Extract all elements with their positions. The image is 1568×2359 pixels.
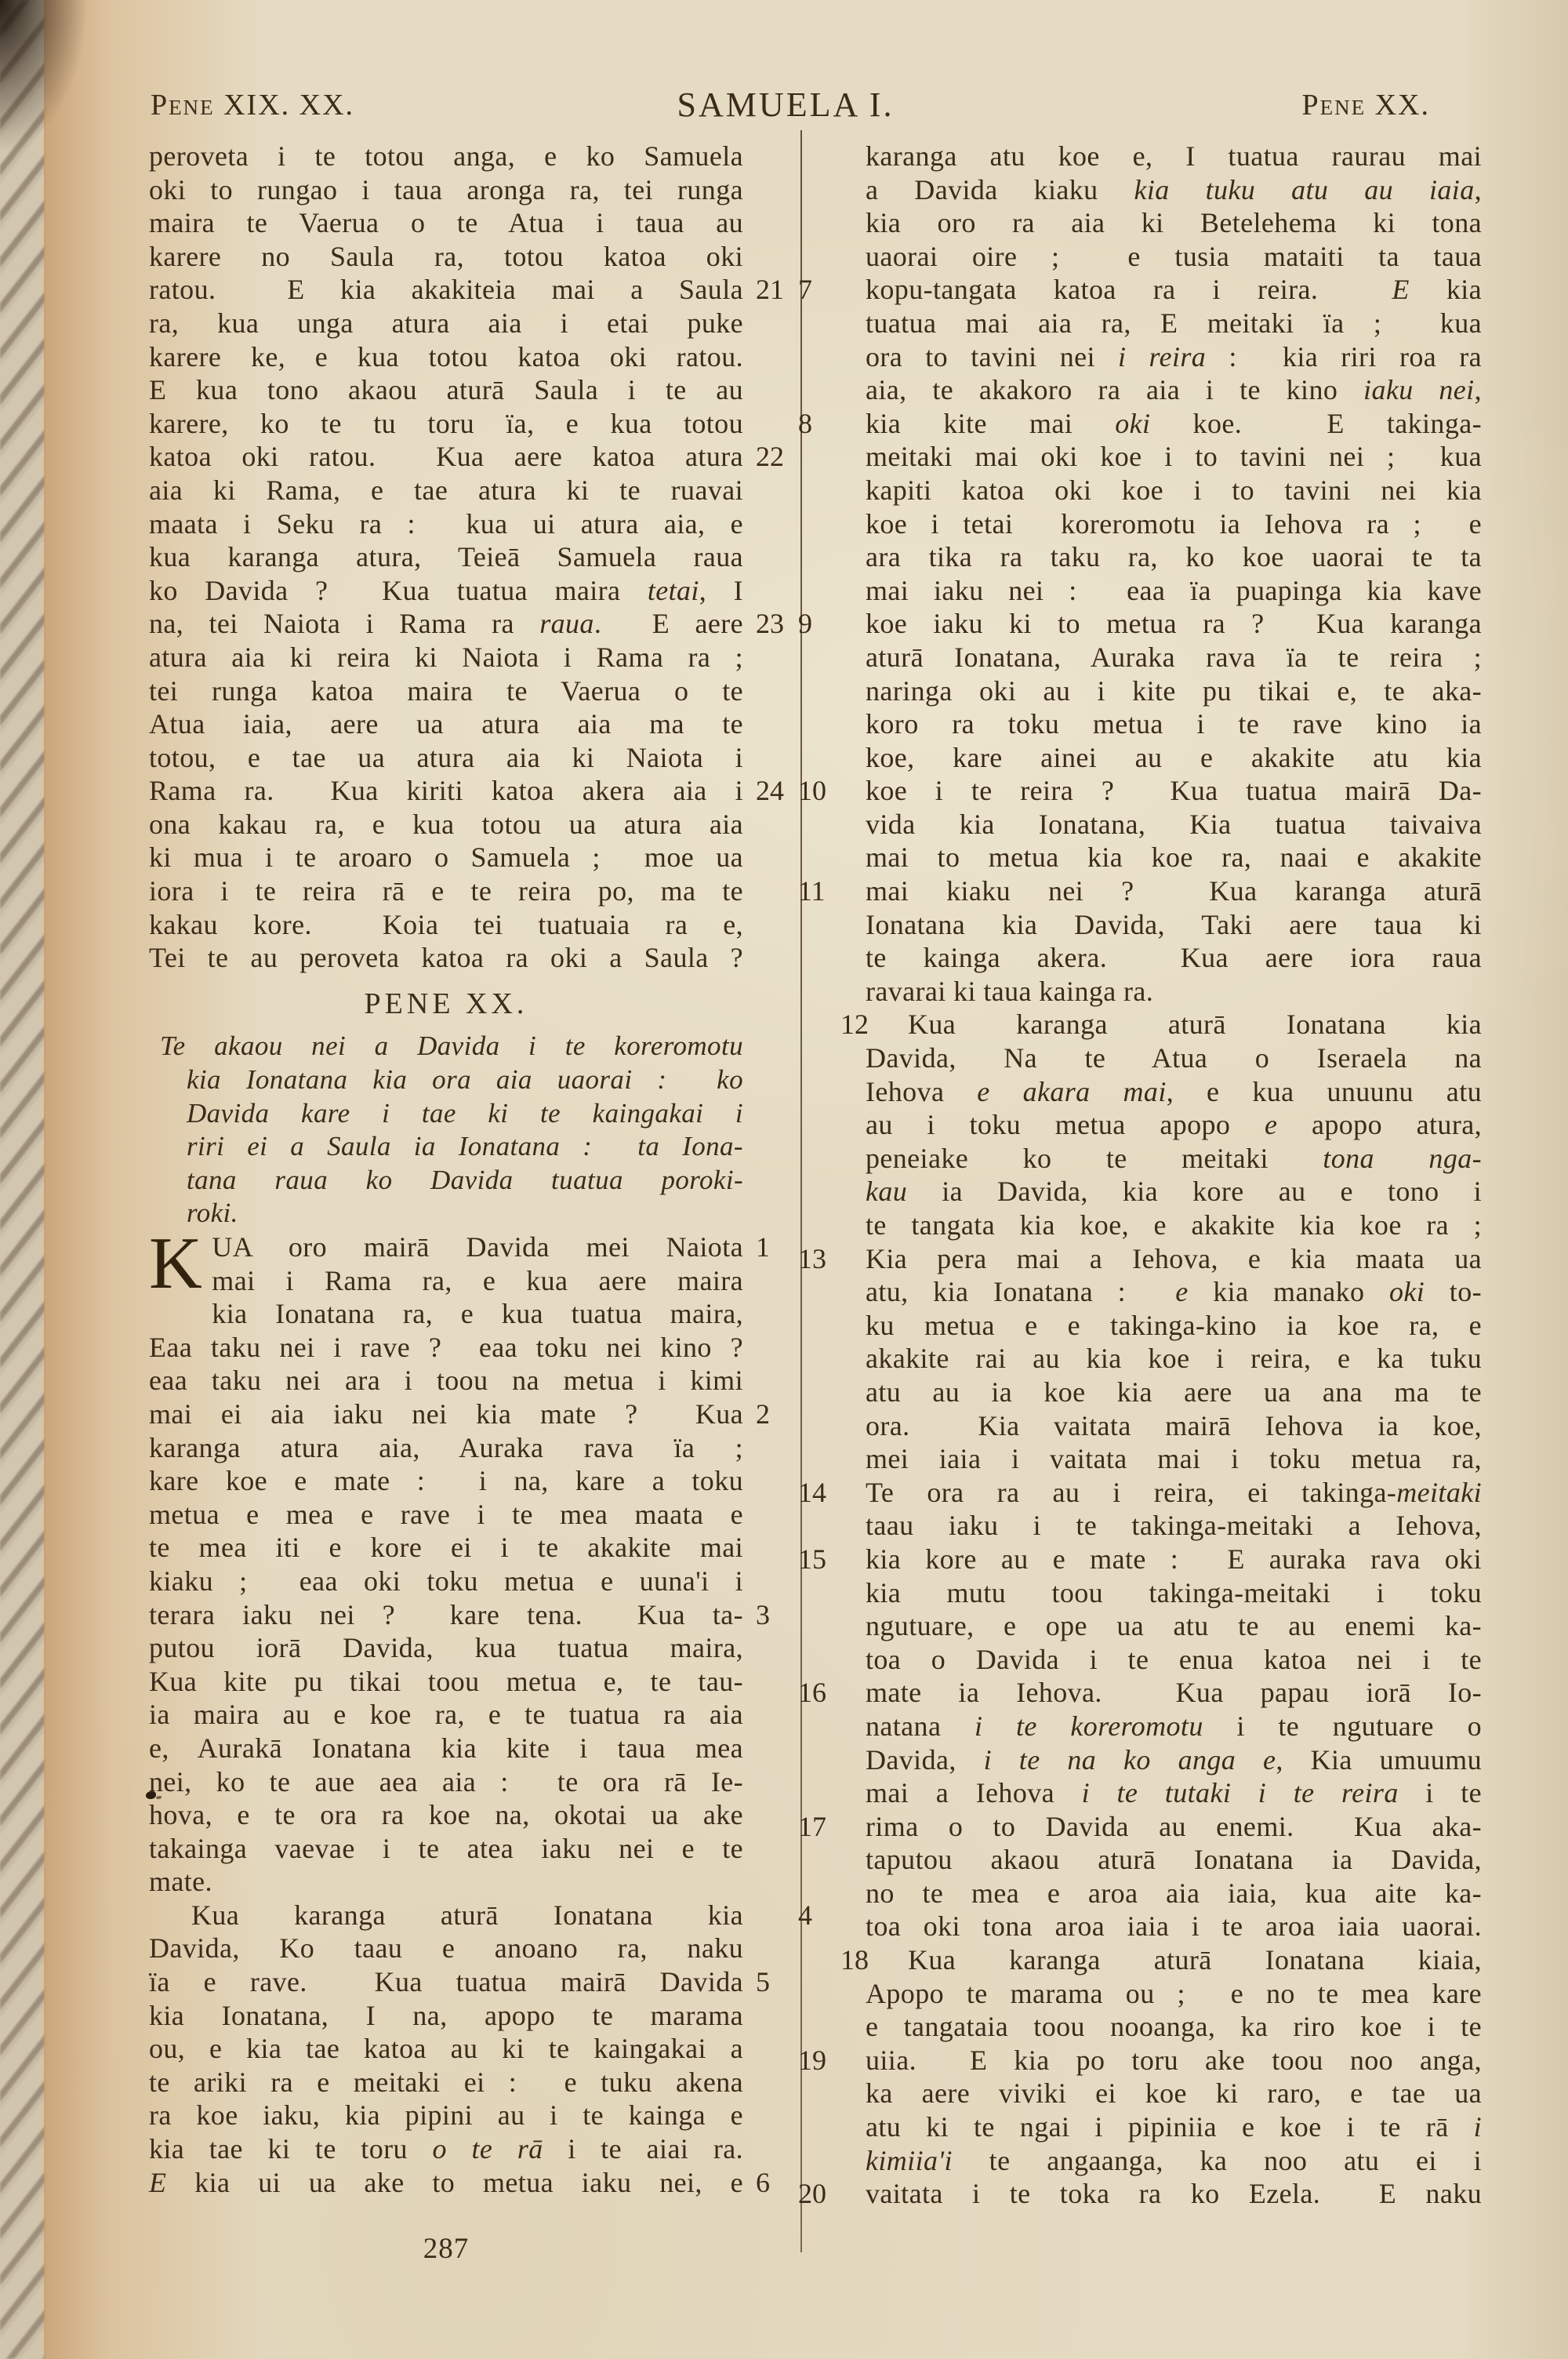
text-line: tei runga katoa maira te Vaerua o te bbox=[149, 674, 743, 708]
text-line: oki to rungao i taua aronga ra, tei rung… bbox=[149, 173, 743, 207]
text-line: taau iaku i te takinga-meitaki a Iehova, bbox=[866, 1509, 1482, 1543]
text-line: vida kia Ionatana, Kia tuatua taivaiva bbox=[866, 808, 1482, 841]
text-line: Kua karanga aturā Ionatana kia12 bbox=[866, 1008, 1482, 1041]
verse-number: 3 bbox=[756, 1598, 770, 1632]
text-line: Kua karanga aturā Ionatana kia4 bbox=[149, 1899, 743, 1932]
text-line: terara iaku nei ? kare tena. Kua ta-3 bbox=[149, 1598, 743, 1632]
text-line: toa oki tona aroa iaia i te aroa iaia ua… bbox=[866, 1910, 1482, 1943]
text-line: Ionatana kia Davida, Taki aere taua ki bbox=[866, 908, 1482, 942]
left-column: peroveta i te totou anga, e ko Samuelaok… bbox=[149, 140, 743, 2199]
text-line: atura aia ki reira ki Naiota i Rama ra ; bbox=[149, 641, 743, 674]
verse-number: 13 bbox=[798, 1242, 853, 1276]
text-line: Davida, Na te Atua o Iseraela na bbox=[866, 1041, 1482, 1075]
text-line: uaorai oire ; e tusia mataiti ta taua bbox=[866, 240, 1482, 274]
text-line: kua karanga atura, Teieā Samuela raua bbox=[149, 540, 743, 574]
text-line: natana i te koreromotu i te ngutuare o bbox=[866, 1710, 1482, 1743]
text-line: tana raua ko Davida tuatua poroki- bbox=[187, 1164, 743, 1198]
text-line: roki. bbox=[187, 1197, 743, 1230]
text-line: mai kiaku nei ? Kua karanga aturā11 bbox=[866, 874, 1482, 908]
text-line: kia Ionatana kia ora aia uaorai : ko bbox=[187, 1063, 743, 1097]
verse-number: 23 bbox=[756, 607, 784, 641]
verse-number: 18 bbox=[798, 1943, 853, 1977]
text-line: Davida, i te na ko anga e, Kia umuumu bbox=[866, 1743, 1482, 1777]
text-line: taputou akaou aturā Ionatana ia Davida, bbox=[866, 1843, 1482, 1877]
text-line: mate ia Iehova. Kua papau iorā Io-16 bbox=[866, 1676, 1482, 1710]
text-line: koe i te reira ? Kua tuatua mairā Da-10 bbox=[866, 774, 1482, 808]
running-head-left: Pene XIX. XX. bbox=[151, 88, 354, 122]
text-line: aia, te akakoro ra aia i te kino iaku ne… bbox=[866, 373, 1482, 407]
verse-number: 11 bbox=[798, 874, 853, 908]
text-line: atu, kia Ionatana : e kia manako oki to- bbox=[866, 1275, 1482, 1309]
text-line: mai a Iehova i te tutaki i te reira i te bbox=[866, 1776, 1482, 1810]
text-line: ïa e rave. Kua tuatua mairā Davida5 bbox=[149, 1965, 743, 1999]
verse-number: 21 bbox=[756, 273, 784, 307]
text-line: ko Davida ? Kua tuatua maira tetai, I bbox=[149, 574, 743, 608]
text-line: kimiia'i te angaanga, ka noo atu ei i bbox=[866, 2144, 1482, 2178]
text-line: maata i Seku ra : kua ui atura aia, e bbox=[149, 507, 743, 541]
text-line: kia Ionatana, I na, apopo te marama bbox=[149, 1999, 743, 2033]
verse-number: 2 bbox=[756, 1398, 770, 1431]
chapter-heading: PENE XX. bbox=[149, 987, 743, 1021]
verse-number: 9 bbox=[798, 607, 853, 641]
text-line: ora to tavini nei i reira : kia riri roa… bbox=[866, 340, 1482, 374]
text-line: kopu-tangata katoa ra i reira. E kia7 bbox=[866, 273, 1482, 307]
running-head-right: Pene XX. bbox=[1301, 88, 1430, 122]
text-line: karere ke, e kua totou katoa oki ratou. bbox=[149, 340, 743, 374]
text-line: kia Ionatana ra, e kua tuatua maira, bbox=[149, 1297, 743, 1331]
verse-number: 4 bbox=[756, 1899, 812, 1932]
text-line: no te mea e aroa aia iaia, kua aite ka- bbox=[866, 1877, 1482, 1910]
text-line: vaitata i te toka ra ko Ezela. E naku20 bbox=[866, 2177, 1482, 2211]
text-line: ka aere viviki ei koe ki raro, e tae ua bbox=[866, 2077, 1482, 2110]
text-line: te ariki ra e meitaki ei : e tuku akena bbox=[149, 2066, 743, 2099]
facing-page-text-fragments bbox=[0, 0, 45, 2359]
text-line: Tei te au peroveta katoa ra oki a Saula … bbox=[149, 941, 743, 975]
text-line: koe i tetai koreromotu ia Iehova ra ; e bbox=[866, 507, 1482, 541]
verse-number: 17 bbox=[798, 1810, 853, 1844]
verse-number: 8 bbox=[798, 407, 853, 441]
text-line: peroveta i te totou anga, e ko Samuela bbox=[149, 140, 743, 173]
text-line: koe iaku ki to metua ra ? Kua karanga9 bbox=[866, 607, 1482, 641]
text-line: te tangata kia koe, e akakite kia koe ra… bbox=[866, 1209, 1482, 1242]
text-line: karere no Saula ra, totou katoa oki bbox=[149, 240, 743, 274]
text-line: karanga atura aia, Auraka rava ïa ; bbox=[149, 1431, 743, 1465]
text-line: ngutuare, e ope ua atu te au enemi ka- bbox=[866, 1609, 1482, 1643]
text-line: mai to metua kia koe ra, naai e akakite bbox=[866, 841, 1482, 874]
text-line: karanga atu koe e, I tuatua raurau mai bbox=[866, 140, 1482, 173]
text-line: Te ora ra au i reira, ei takinga-meitaki… bbox=[866, 1476, 1482, 1510]
text-line: iora i te reira rā e te reira po, ma te bbox=[149, 874, 743, 908]
text-line: Rama ra. Kua kiriti katoa akera aia i24 bbox=[149, 774, 743, 808]
text-line: uiia. E kia po toru ake toou noo anga,19 bbox=[866, 2044, 1482, 2077]
text-line: kakau kore. Koia tei tuatuaia ra e, bbox=[149, 908, 743, 942]
verse-number: 22 bbox=[756, 440, 784, 474]
text-line: katoa oki ratou. Kua aere katoa atura22 bbox=[149, 440, 743, 474]
text-line: Kua karanga aturā Ionatana kiaia,18 bbox=[866, 1943, 1482, 1977]
text-line: koe, kare ainei au e akakite atu kia bbox=[866, 741, 1482, 775]
verse-number: 10 bbox=[798, 774, 853, 808]
text-line: e, Aurakā Ionatana kia kite i taua mea bbox=[149, 1732, 743, 1765]
text-line: Atua iaia, aere ua atura aia ma te bbox=[149, 707, 743, 741]
text-line: kapiti katoa oki koe i to tavini nei kia bbox=[866, 474, 1482, 507]
text-line: mai ei aia iaku nei kia mate ? Kua2 bbox=[149, 1398, 743, 1431]
text-line: rima o to Davida au enemi. Kua aka-17 bbox=[866, 1810, 1482, 1844]
text-line: te mea iti e kore ei i te akakite mai bbox=[149, 1531, 743, 1565]
verse-number: 5 bbox=[756, 1965, 770, 1999]
text-line: mai iaku nei : eaa ïa puapinga kia kave bbox=[866, 574, 1482, 608]
text-line: e tangataia toou nooanga, ka riro koe i … bbox=[866, 2010, 1482, 2044]
text-line: kia tae ki te toru o te rā i te aiai ra. bbox=[149, 2132, 743, 2166]
text-line: Apopo te marama ou ; e no te mea kare bbox=[866, 1977, 1482, 2011]
book-page-scan: Pene XIX. XX. SAMUELA I. Pene XX. perove… bbox=[0, 0, 1568, 2359]
column-divider-rule bbox=[800, 130, 802, 2252]
verse-number: 14 bbox=[798, 1476, 853, 1510]
facing-page-edge bbox=[0, 0, 45, 2359]
text-line: a Davida kiaku kia tuku atu au iaia, bbox=[866, 173, 1482, 207]
text-line: koro ra toku metua i te rave kino ia bbox=[866, 707, 1482, 741]
text-line: ratou. E kia akakiteia mai a Saula21 bbox=[149, 273, 743, 307]
text-line: ou, e kia tae katoa au ki te kaingakai a bbox=[149, 2032, 743, 2066]
text-line: atu ki te ngai i pipiniia e koe i te rā … bbox=[866, 2110, 1482, 2144]
text-line: Te akaou nei a Davida i te koreromotu bbox=[160, 1030, 743, 1063]
verse-number: 1 bbox=[756, 1230, 770, 1264]
text-line: putou iorā Davida, kua tuatua maira, bbox=[149, 1631, 743, 1665]
verse-number: 20 bbox=[798, 2177, 853, 2211]
right-column: karanga atu koe e, I tuatua raurau maia … bbox=[866, 140, 1482, 2211]
text-line: te kainga akera. Kua aere iora raua bbox=[866, 941, 1482, 975]
text-line: Kia pera mai a Iehova, e kia maata ua13 bbox=[866, 1242, 1482, 1276]
text-line: meitaki mai oki koe i to tavini nei ; ku… bbox=[866, 440, 1482, 474]
text-line: peneiake ko te meitaki tona nga- bbox=[866, 1142, 1482, 1176]
text-line: takainga vaevae i te atea iaku nei e te bbox=[149, 1832, 743, 1866]
verse-number: 6 bbox=[756, 2166, 770, 2200]
verse-number: 16 bbox=[798, 1676, 853, 1710]
text-line: kiaku ; eaa oki toku metua e uuna'i i bbox=[149, 1565, 743, 1598]
text-line: ara tika ra taku ra, ko koe uaorai te ta bbox=[866, 540, 1482, 574]
text-line: kia mutu toou takinga-meitaki i toku bbox=[866, 1576, 1482, 1610]
text-line: Kua kite pu tikai toou metua e, te tau- bbox=[149, 1665, 743, 1699]
text-line: ku metua e e takinga-kino ia koe ra, e bbox=[866, 1309, 1482, 1343]
verse-number: 12 bbox=[798, 1008, 853, 1041]
text-line: metua e mea e rave i te mea maata e bbox=[149, 1498, 743, 1532]
text-line: E kia ui ua ake to metua iaku nei, e6 bbox=[149, 2166, 743, 2200]
text-line: maira te Vaerua o te Atua i taua au bbox=[149, 206, 743, 240]
text-line: aturā Ionatana, Auraka rava ïa te reira … bbox=[866, 641, 1482, 674]
text-line: Davida kare i tae ki te kaingakai i bbox=[187, 1097, 743, 1131]
text-line: E kua tono akaou aturā Saula i te au bbox=[149, 373, 743, 407]
text-line: akakite rai au kia koe i reira, e ka tuk… bbox=[866, 1342, 1482, 1376]
running-head-title: SAMUELA I. bbox=[677, 85, 895, 125]
text-line: ora. Kia vaitata mairā Iehova ia koe, bbox=[866, 1409, 1482, 1443]
text-line: atu au ia koe kia aere ua ana ma te bbox=[866, 1376, 1482, 1409]
text-line: toa o Davida i te enua katoa nei i te bbox=[866, 1643, 1482, 1677]
text-line: ravarai ki taua kainga ra. bbox=[866, 975, 1482, 1009]
chapter-19-text-block: peroveta i te totou anga, e ko Samuelaok… bbox=[149, 140, 743, 975]
text-line: kia oro ra aia ki Betelehema ki tona bbox=[866, 206, 1482, 240]
text-line: mate. bbox=[149, 1865, 743, 1899]
text-line: karere, ko te tu toru ïa, e kua totou bbox=[149, 407, 743, 441]
right-column-text-block: karanga atu koe e, I tuatua raurau maia … bbox=[866, 140, 1482, 2211]
verse-number: 19 bbox=[798, 2044, 853, 2077]
page-number: 287 bbox=[149, 2232, 743, 2266]
text-line: kia kite mai oki koe. E takinga-8 bbox=[866, 407, 1482, 441]
text-line: Davida, Ko taau e anoano ra, naku bbox=[149, 1932, 743, 1965]
text-line: nei, ko te aue aea aia : te ora rā Ie- bbox=[149, 1765, 743, 1799]
text-line: Eaa taku nei i rave ? eaa toku nei kino … bbox=[149, 1331, 743, 1365]
text-line: mei iaia i vaitata mai i toku metua ra, bbox=[866, 1442, 1482, 1476]
text-line: ona kakau ra, e kua totou ua atura aia bbox=[149, 808, 743, 841]
text-line: eaa taku nei ara i toou na metua i kimi bbox=[149, 1364, 743, 1398]
text-line: kare koe e mate : i na, kare a toku bbox=[149, 1464, 743, 1498]
chapter-20-summary: Te akaou nei a Davida i te koreromotukia… bbox=[149, 1030, 743, 1230]
text-line: ki mua i te aroaro o Samuela ; moe ua bbox=[149, 841, 743, 874]
verse-number: 7 bbox=[798, 273, 853, 307]
text-line: mai i Rama ra, e kua aere maira bbox=[149, 1264, 743, 1298]
text-line: kau ia Davida, kia kore au e tono i bbox=[866, 1175, 1482, 1209]
text-line: na, tei Naiota i Rama ra raua. E aere23 bbox=[149, 607, 743, 641]
running-head: Pene XIX. XX. SAMUELA I. Pene XX. bbox=[0, 85, 1568, 132]
text-line: ia maira au e koe ra, e te tuatua ra aia bbox=[149, 1698, 743, 1732]
text-line: Iehova e akara mai, e kua unuunu atu bbox=[866, 1075, 1482, 1109]
text-line: kia kore au e mate : E auraka rava oki15 bbox=[866, 1543, 1482, 1576]
verse-number: 15 bbox=[798, 1543, 853, 1576]
verse-number: 24 bbox=[756, 774, 784, 808]
text-line: UA oro mairā Davida mei Naiota1 bbox=[149, 1230, 743, 1264]
text-line: ra, kua unga atura aia i etai puke bbox=[149, 307, 743, 340]
text-line: aia ki Rama, e tae atura ki te ruavai bbox=[149, 474, 743, 507]
text-line: naringa oki au i kite pu tikai e, te aka… bbox=[866, 674, 1482, 708]
text-line: tuatua mai aia ra, E meitaki ïa ; kua bbox=[866, 307, 1482, 340]
text-line: ra koe iaku, kia pipini au i te kainga e bbox=[149, 2099, 743, 2132]
chapter-20-text-block: K UA oro mairā Davida mei Naiota1mai i R… bbox=[149, 1230, 743, 2199]
text-line: totou, e tae ua atura aia ki Naiota i bbox=[149, 741, 743, 775]
text-line: hova, e te ora ra koe na, okotai ua ake bbox=[149, 1798, 743, 1832]
text-line: riri ei a Saula ia Ionatana : ta Iona- bbox=[187, 1130, 743, 1164]
text-line: au i toku metua apopo e apopo atura, bbox=[866, 1108, 1482, 1142]
